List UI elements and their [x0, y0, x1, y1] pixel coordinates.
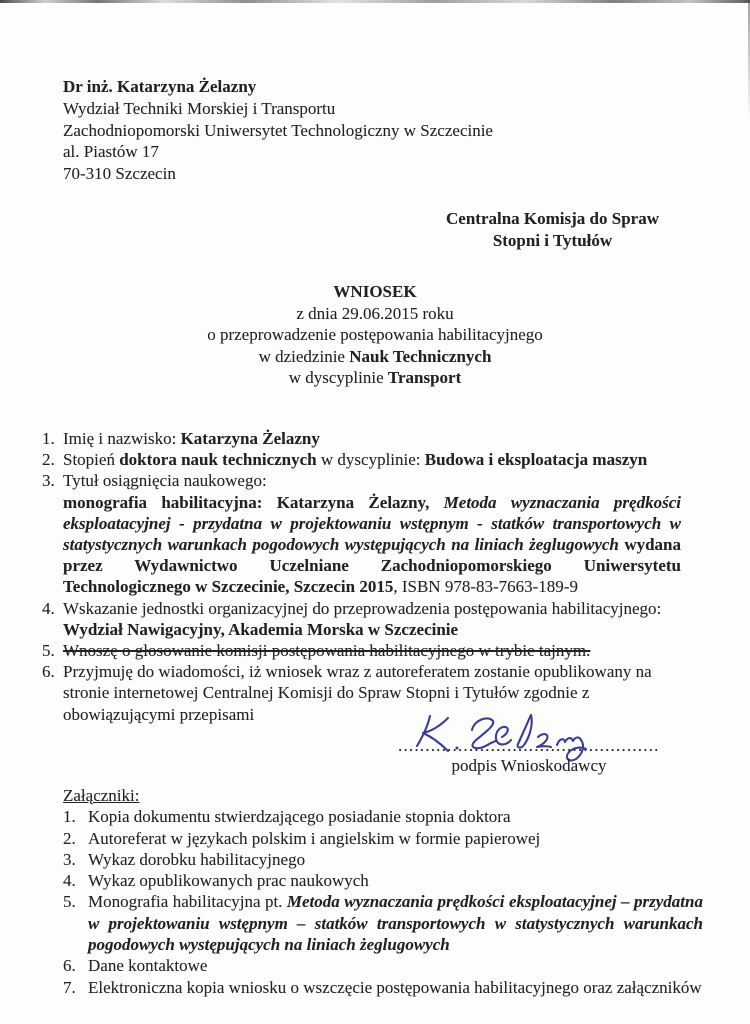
attachment-item: 1. Kopia dokumentu stwierdzającego posia…	[63, 806, 703, 827]
attachment-number: 3.	[63, 849, 76, 870]
attachment-number: 4.	[63, 870, 76, 891]
attachment5-paragraph: Monografia habilitacyjna pt. Metoda wyzn…	[88, 891, 703, 955]
field-value: Nauk Technicznych	[349, 347, 491, 366]
document-title-block: WNIOSEK z dnia 29.06.2015 roku o przepro…	[0, 281, 750, 389]
item3-lead: Tytuł osiągnięcia naukowego:	[63, 470, 694, 491]
sender-street: al. Piastów 17	[63, 141, 493, 163]
item2-seg2: doktora nauk technicznych	[119, 450, 316, 469]
attachment1-text: Kopia dokumentu stwierdzającego posiadan…	[88, 807, 511, 826]
item2-seg4: Budowa i eksploatacja maszyn	[425, 450, 647, 469]
item-number: 6.	[42, 661, 55, 682]
signature-caption: podpis Wnioskodawcy	[398, 756, 660, 776]
attachment2-text: Autoreferat w językach polskim i angiels…	[88, 829, 540, 848]
sender-name: Dr inż. Katarzyna Żelazny	[63, 76, 493, 98]
document-title: WNIOSEK	[0, 281, 750, 303]
recipient-line2: Stopni i Tytułów	[430, 230, 675, 252]
scanned-document-page: Dr inż. Katarzyna Żelazny Wydział Techni…	[0, 0, 750, 1024]
title-subject-line: o przeprowadzenie postępowania habilitac…	[0, 324, 750, 346]
attachment6-text: Dane kontaktowe	[88, 956, 207, 975]
struck-text: Wnoszę o głosowanie komisji postępowania…	[63, 641, 590, 660]
item4-value: Wydział Nawigacyjny, Akademia Morska w S…	[63, 619, 694, 640]
list-item-achievement: 3. Tytuł osiągnięcia naukowego: monograf…	[42, 470, 694, 597]
list-item-name: 1. Imię i nazwisko: Katarzyna Żelazny	[42, 428, 694, 449]
list-item-degree: 2. Stopień doktora nauk technicznych w d…	[42, 449, 694, 470]
attachment-item: 2. Autoreferat w językach polskim i angi…	[63, 828, 703, 849]
item-number: 2.	[42, 449, 55, 470]
sender-university: Zachodniopomorski Uniwersytet Technologi…	[63, 120, 493, 142]
item1-value: Katarzyna Żelazny	[181, 429, 320, 448]
attachment-item: 4. Wykaz opublikowanych prac naukowych	[63, 870, 703, 891]
monograph-author: monografia habilitacyjna: Katarzyna Żela…	[63, 493, 444, 512]
title-field-line: w dziedzinie Nauk Technicznych	[0, 346, 750, 368]
field-prefix: w dziedzinie	[259, 347, 350, 366]
monograph-isbn: , ISBN 978-83-7663-189-9	[393, 577, 578, 596]
item2-seg1: Stopień	[63, 450, 119, 469]
item-number: 1.	[42, 428, 55, 449]
recipient-line1: Centralna Komisja do Spraw	[430, 208, 675, 230]
item-number: 4.	[42, 598, 55, 619]
item1-prefix: Imię i nazwisko:	[63, 429, 181, 448]
attachment-item: 7. Elektroniczna kopia wniosku o wszczęc…	[63, 977, 703, 998]
sender-address-block: Dr inż. Katarzyna Żelazny Wydział Techni…	[63, 76, 493, 185]
attachments-section: Załączniki: 1. Kopia dokumentu stwierdza…	[63, 785, 703, 998]
attachment7-text: Elektroniczna kopia wniosku o wszczęcie …	[88, 978, 702, 997]
attachment-number: 2.	[63, 828, 76, 849]
discipline-value: Transport	[388, 368, 461, 387]
discipline-prefix: w dyscyplinie	[289, 368, 388, 387]
attachment4-text: Wykaz opublikowanych prac naukowych	[88, 871, 369, 890]
attachment-item: 6. Dane kontaktowe	[63, 955, 703, 976]
attachment-item: 3. Wykaz dorobku habilitacyjnego	[63, 849, 703, 870]
title-discipline-line: w dyscyplinie Transport	[0, 367, 750, 389]
attachment-number: 5.	[63, 891, 76, 912]
attachment-item-monograph: 5. Monografia habilitacyjna pt. Metoda w…	[63, 891, 703, 955]
item-number: 3.	[42, 470, 55, 491]
scan-artifact-top-edge	[0, 0, 750, 3]
attachment-number: 7.	[63, 977, 76, 998]
item2-seg3: w dyscyplinie:	[317, 450, 425, 469]
title-date-line: z dnia 29.06.2015 roku	[0, 303, 750, 325]
sender-city: 70-310 Szczecin	[63, 163, 493, 185]
attachment-number: 6.	[63, 955, 76, 976]
attachment5-prefix: Monografia habilitacyjna pt.	[88, 892, 287, 911]
attachment-number: 1.	[63, 806, 76, 827]
item4-lead: Wskazanie jednostki organizacyjnej do pr…	[63, 598, 694, 619]
attachment3-text: Wykaz dorobku habilitacyjnego	[88, 850, 305, 869]
list-item-voting-struck: 5. Wnoszę o głosowanie komisji postępowa…	[42, 640, 694, 661]
monograph-paragraph: monografia habilitacyjna: Katarzyna Żela…	[63, 492, 681, 598]
item-number: 5.	[42, 640, 55, 661]
list-item-unit: 4. Wskazanie jednostki organizacyjnej do…	[42, 598, 694, 640]
main-list: 1. Imię i nazwisko: Katarzyna Żelazny 2.…	[42, 428, 694, 725]
recipient-block: Centralna Komisja do Spraw Stopni i Tytu…	[430, 208, 675, 252]
attachments-heading: Załączniki:	[63, 785, 703, 806]
sender-faculty: Wydział Techniki Morskiej i Transportu	[63, 98, 493, 120]
